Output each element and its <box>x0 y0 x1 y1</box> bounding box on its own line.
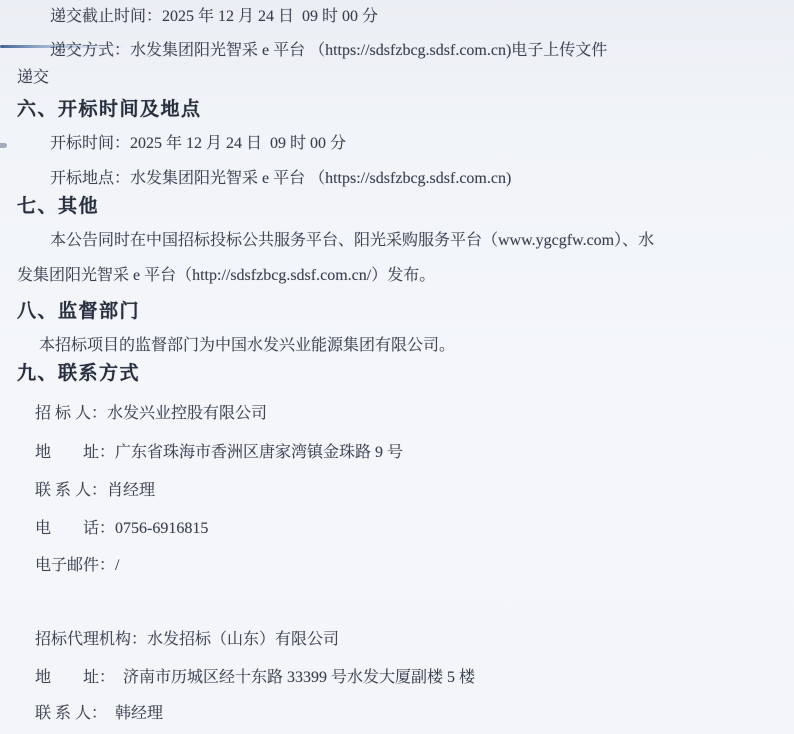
agency-contact-person-line: 联 系 人： 韩经理 <box>35 704 163 724</box>
submission-deadline-line: 递交截止时间：2025 年 12 月 24 日 09 时 00 分 <box>50 7 378 27</box>
submission-method-line: 递交方式：水发集团阳光智采 e 平台 （https://sdsfzbcg.sds… <box>50 41 607 61</box>
tenderer-email-line: 电子邮件：/ <box>35 556 119 576</box>
tenderer-address-line: 地 址：广东省珠海市香洲区唐家湾镇金珠路 9 号 <box>35 443 403 463</box>
tenderer-phone-line: 电 话：0756-6916815 <box>35 519 208 539</box>
tenderer-name-line: 招 标 人：水发兴业控股有限公司 <box>35 404 267 424</box>
other-announcement-line1: 本公告同时在中国招标投标公共服务平台、阳光采购服务平台（www.ygcgfw.c… <box>50 231 654 251</box>
submission-method-continuation: 递交 <box>17 68 49 88</box>
other-announcement-line2: 发集团阳光智采 e 平台（http://sdsfzbcg.sdsf.com.cn… <box>17 266 435 286</box>
section-heading-opening: 六、开标时间及地点 <box>17 100 202 120</box>
agency-name-line: 招标代理机构：水发招标（山东）有限公司 <box>35 630 339 650</box>
tenderer-contact-person-line: 联 系 人：肖经理 <box>35 481 155 501</box>
supervision-body-line: 本招标项目的监督部门为中国水发兴业能源集团有限公司。 <box>39 336 455 356</box>
section-heading-other: 七、其他 <box>17 197 99 217</box>
scan-artifact-dot <box>0 143 7 148</box>
bid-opening-time-line: 开标时间：2025 年 12 月 24 日 09 时 00 分 <box>50 134 346 154</box>
section-heading-contact: 九、联系方式 <box>17 364 140 384</box>
agency-address-line: 地 址： 济南市历城区经十东路 33399 号水发大厦副楼 5 楼 <box>35 668 475 688</box>
bid-opening-place-line: 开标地点：水发集团阳光智采 e 平台 （https://sdsfzbcg.sds… <box>50 169 511 189</box>
document-page: 递交截止时间：2025 年 12 月 24 日 09 时 00 分 递交方式：水… <box>0 0 794 734</box>
section-heading-supervision: 八、监督部门 <box>17 302 140 322</box>
